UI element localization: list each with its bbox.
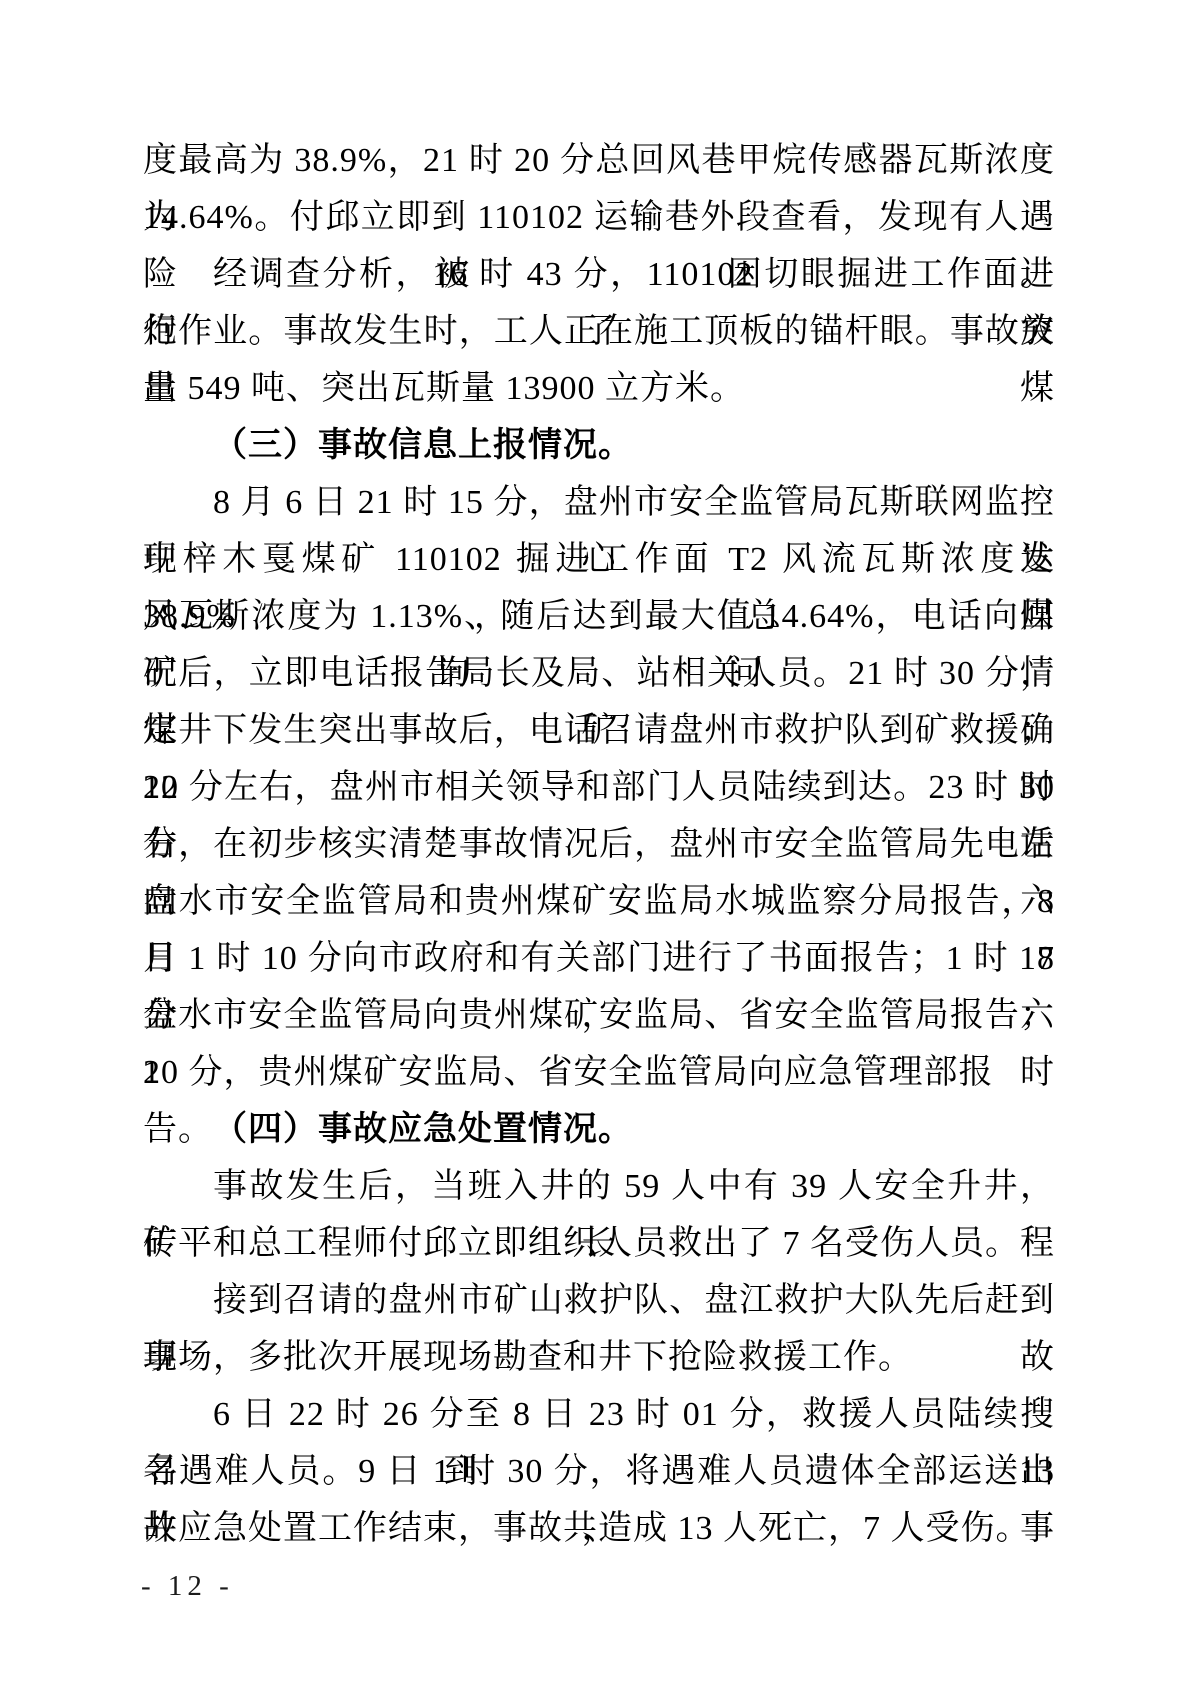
body-line: 10 分左右，盘州市相关领导和部门人员陆续到达。23 时 30 分左: [143, 759, 1055, 816]
section-heading: （三）事故信息上报情况。: [143, 417, 1055, 474]
body-line: 炮作业。事故发生时，工人正在施工顶板的锚杆眼。事故突出煤: [143, 303, 1055, 360]
body-line: 经调查分析，16 时 43 分，110102 切眼掘进工作面进行了放: [143, 246, 1055, 303]
body-line: 度最高为 38.9%，21 时 20 分总回风巷甲烷传感器瓦斯浓度为: [143, 132, 1055, 189]
page-number: - 12 -: [141, 1570, 234, 1602]
body-line: 盘水市安全监管局和贵州煤矿安监局水城监察分局报告，8 月 7: [143, 873, 1055, 930]
body-line: 6 日 22 时 26 分至 8 日 23 时 01 分，救援人员陆续搜寻到 1…: [143, 1386, 1055, 1443]
body-line: 定井下发生突出事故后，电话召请盘州市救护队到矿救援；22 时: [143, 702, 1055, 759]
body-line: 20 分，贵州煤矿安监局、省安全监管局向应急管理部报告。: [143, 1044, 1055, 1101]
body-line: 故应急处置工作结束，事故共造成 13 人死亡，7 人受伤。: [143, 1500, 1055, 1557]
report-body: 度最高为 38.9%，21 时 20 分总回风巷甲烷传感器瓦斯浓度为 14.64…: [143, 132, 1055, 1557]
body-line: 日 1 时 10 分向市政府和有关部门进行了书面报告；1 时 18 分，六: [143, 930, 1055, 987]
body-line: 盘水市安全监管局向贵州煤矿安监局、省安全监管局报告； 1 时: [143, 987, 1055, 1044]
body-line: 名遇难人员。9 日 1 时 30 分，将遇难人员遗体全部运送出井，事: [143, 1443, 1055, 1500]
body-line: 风瓦斯浓度为 1.13%、随后达到最大值 14.64%，电话向煤矿询问情: [143, 588, 1055, 645]
body-line: 右，在初步核实清楚事故情况后，盘州市安全监管局先电话向六: [143, 816, 1055, 873]
body-line: 传平和总工程师付邱立即组织人员救出了 7 名受伤人员。: [143, 1215, 1055, 1272]
body-line: 况后，立即电话报告局长及局、站相关人员。21 时 30 分，煤矿确: [143, 645, 1055, 702]
section-heading: （四）事故应急处置情况。: [143, 1101, 1055, 1158]
body-line: 14.64%。付邱立即到 110102 运输巷外段查看，发现有人遇险被困。: [143, 189, 1055, 246]
page-footer: - 12 -: [141, 1566, 234, 1606]
body-line: 事故发生后，当班入井的 59 人中有 39 人安全升井，矿长程: [143, 1158, 1055, 1215]
body-line: 接到召请的盘州市矿山救护队、盘江救护大队先后赶到事故: [143, 1272, 1055, 1329]
body-line: 8 月 6 日 21 时 15 分，盘州市安全监管局瓦斯联网监控中心发: [143, 474, 1055, 531]
document-page: 度最高为 38.9%，21 时 20 分总回风巷甲烷传感器瓦斯浓度为 14.64…: [0, 0, 1199, 1696]
body-line: 现梓木戛煤矿 110102 掘进工作面 T2 风流瓦斯浓度达 38.9%，总回: [143, 531, 1055, 588]
